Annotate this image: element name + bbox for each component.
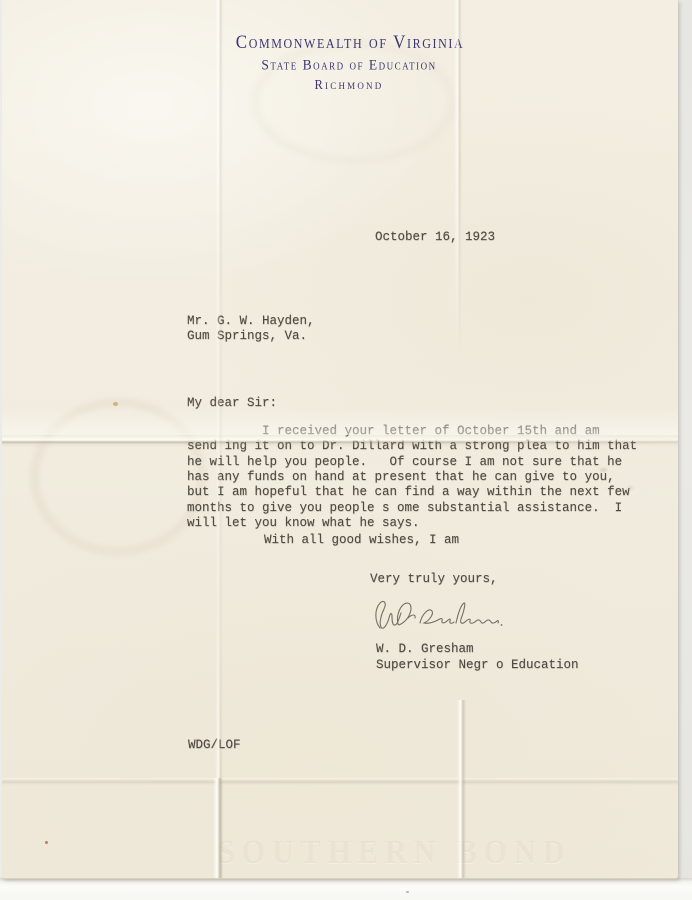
scan-dust-speck bbox=[406, 891, 409, 893]
date-line: October 16, 1923 bbox=[375, 230, 495, 245]
paper-smudge bbox=[628, 486, 633, 490]
body-line: I received your letter of October 15th a… bbox=[187, 424, 600, 439]
paper-speck bbox=[113, 402, 118, 406]
body-line: but I am hopeful that he can find a way … bbox=[187, 485, 630, 500]
fold-crease-horizontal-lower bbox=[2, 778, 678, 785]
body-line: send ing it on to Dr. Dillard with a str… bbox=[187, 439, 637, 454]
signature-handwritten bbox=[368, 592, 508, 642]
recipient-name-line: Mr. G. W. Hayden, bbox=[187, 314, 315, 329]
scan-background-bottom bbox=[0, 878, 692, 900]
closing-line: With all good wishes, I am bbox=[264, 533, 459, 548]
body-line: will let you know what he says. bbox=[187, 516, 420, 531]
typist-initials: WDG/LOF bbox=[188, 738, 241, 753]
letterhead-dept-name: State Board of Education bbox=[261, 56, 436, 74]
recipient-address-line: Gum Springs, Va. bbox=[187, 329, 307, 344]
scanned-letter-photo: SOUTHERN BOND Commonwealth of Virginia S… bbox=[0, 0, 692, 900]
salutation: My dear Sir: bbox=[187, 396, 277, 411]
letter-paper: SOUTHERN BOND Commonwealth of Virginia S… bbox=[2, 0, 678, 879]
scan-background-right bbox=[676, 0, 692, 900]
fold-crease-vertical-right bbox=[454, 0, 462, 360]
body-line: he will help you people. Of course I am … bbox=[187, 455, 622, 470]
body-line: has any funds on hand at present that he… bbox=[187, 470, 615, 485]
signed-title: Supervisor Negr o Education bbox=[376, 658, 579, 673]
watermark-ring bbox=[30, 398, 206, 556]
valediction: Very truly yours, bbox=[370, 572, 498, 587]
body-line: months to give you people s ome substant… bbox=[187, 501, 622, 516]
letterhead-city: Richmond bbox=[315, 77, 384, 94]
signed-name: W. D. Gresham bbox=[376, 642, 474, 657]
letterhead-org-name: Commonwealth of Virginia bbox=[236, 31, 464, 54]
paper-speck bbox=[45, 841, 48, 844]
watermark-text: SOUTHERN BOND bbox=[218, 834, 572, 872]
paper-smudge bbox=[600, 468, 607, 472]
